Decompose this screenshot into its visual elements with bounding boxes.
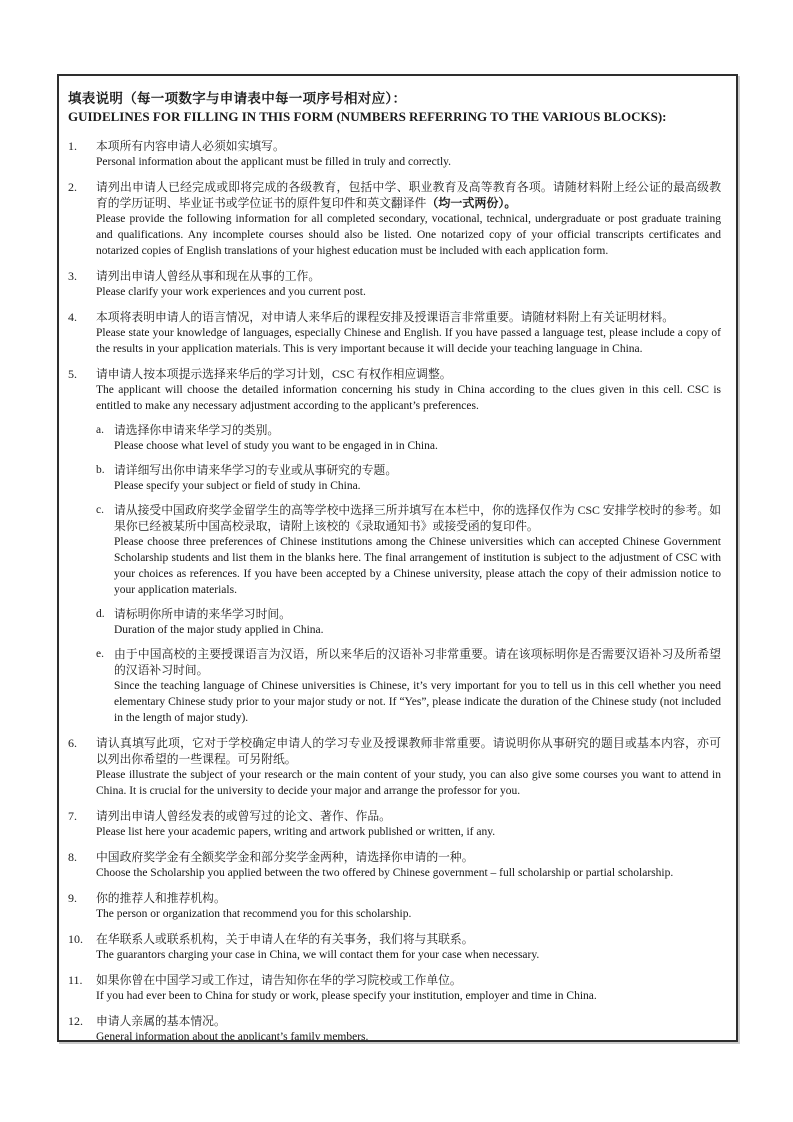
sub-item-text-cn: 请标明你所申请的来华学习时间。 [114, 606, 721, 622]
sub-item-letter: a. [96, 422, 114, 454]
item-text-cn: 中国政府奖学金有全额奖学金和部分奖学金两种，请选择你申请的一种。 [96, 849, 721, 865]
guidelines-document-frame: 填表说明（每一项数字与申请表中每一项序号相对应）： GUIDELINES FOR… [57, 74, 738, 1042]
item-text-en: Personal information about the applicant… [96, 154, 721, 170]
item-number: 2. [68, 179, 96, 259]
item-number: 11. [68, 972, 96, 1004]
item-text-en: Please state your knowledge of languages… [96, 325, 721, 357]
item-text-cn: 请列出申请人已经完成或即将完成的各级教育，包括中学、职业教育及高等教育各项。请随… [96, 179, 721, 211]
sub-item-letter: b. [96, 462, 114, 494]
item-text-en: The person or organization that recommen… [96, 906, 721, 922]
item-text-en: The applicant will choose the detailed i… [96, 382, 721, 414]
guideline-item-11: 11. 如果你曾在中国学习或工作过，请告知你在华的学习院校或工作单位。 If y… [68, 972, 721, 1004]
sub-item-letter: d. [96, 606, 114, 638]
guideline-item-7: 7. 请列出申请人曾经发表的或曾写过的论文、著作、作品。 Please list… [68, 808, 721, 840]
item-text-cn: 本项所有内容申请人必须如实填写。 [96, 138, 721, 154]
sub-item-text-en: Please choose what level of study you wa… [114, 438, 721, 454]
sub-item-text-cn: 请从接受中国政府奖学金留学生的高等学校中选择三所并填写在本栏中，你的选择仅作为 … [114, 502, 721, 534]
sub-item-d: d. 请标明你所申请的来华学习时间。 Duration of the major… [96, 606, 721, 638]
item-number: 6. [68, 735, 96, 799]
item-number: 1. [68, 138, 96, 170]
item-text-cn: 请申请人按本项提示选择来华后的学习计划，CSC 有权作相应调整。 [96, 366, 721, 382]
item-text-cn: 如果你曾在中国学习或工作过，请告知你在华的学习院校或工作单位。 [96, 972, 721, 988]
item-text-en: Choose the Scholarship you applied betwe… [96, 865, 721, 881]
sub-item-a: a. 请选择你申请来华学习的类别。 Please choose what lev… [96, 422, 721, 454]
guideline-item-3: 3. 请列出申请人曾经从事和现在从事的工作。 Please clarify yo… [68, 268, 721, 300]
item-number: 12. [68, 1013, 96, 1042]
sub-item-b: b. 请详细写出你申请来华学习的专业或从事研究的专题。 Please speci… [96, 462, 721, 494]
item-text-en: Please list here your academic papers, w… [96, 824, 721, 840]
sub-item-e: e. 由于中国高校的主要授课语言为汉语，所以来华后的汉语补习非常重要。请在该项标… [96, 646, 721, 726]
item-number: 5. [68, 366, 96, 726]
item-text-en: The guarantors charging your case in Chi… [96, 947, 721, 963]
item-text-en: Please provide the following information… [96, 211, 721, 259]
item-text-cn: 在华联系人或联系机构，关于申请人在华的有关事务，我们将与其联系。 [96, 931, 721, 947]
sub-item-text-en: Please specify your subject or field of … [114, 478, 721, 494]
item-text-cn: 请列出申请人曾经发表的或曾写过的论文、著作、作品。 [96, 808, 721, 824]
guideline-item-12: 12. 申请人亲属的基本情况。 General information abou… [68, 1013, 721, 1042]
guidelines-title-en: GUIDELINES FOR FILLING IN THIS FORM (NUM… [68, 108, 721, 126]
item-text-en: Please clarify your work experiences and… [96, 284, 721, 300]
sub-item-text-cn: 请选择你申请来华学习的类别。 [114, 422, 721, 438]
guideline-item-9: 9. 你的推荐人和推荐机构。 The person or organizatio… [68, 890, 721, 922]
item-number: 3. [68, 268, 96, 300]
sub-item-text-cn: 请详细写出你申请来华学习的专业或从事研究的专题。 [114, 462, 721, 478]
item-text-en: Please illustrate the subject of your re… [96, 767, 721, 799]
sub-item-text-cn: 由于中国高校的主要授课语言为汉语，所以来华后的汉语补习非常重要。请在该项标明你是… [114, 646, 721, 678]
sub-item-letter: c. [96, 502, 114, 598]
item-text-cn: 本项将表明申请人的语言情况，对申请人来华后的课程安排及授课语言非常重要。请随材料… [96, 309, 721, 325]
guideline-item-6: 6. 请认真填写此项，它对于学校确定申请人的学习专业及授课教师非常重要。请说明你… [68, 735, 721, 799]
item-text-cn: 申请人亲属的基本情况。 [96, 1013, 721, 1029]
guideline-item-1: 1. 本项所有内容申请人必须如实填写。 Personal information… [68, 138, 721, 170]
sub-item-c: c. 请从接受中国政府奖学金留学生的高等学校中选择三所并填写在本栏中，你的选择仅… [96, 502, 721, 598]
item-text-cn-bold: （均一式两份）。 [426, 196, 516, 210]
sub-item-letter: e. [96, 646, 114, 726]
item-text-en: If you had ever been to China for study … [96, 988, 721, 1004]
item-text-cn: 请认真填写此项，它对于学校确定申请人的学习专业及授课教师非常重要。请说明你从事研… [96, 735, 721, 767]
guidelines-title-cn: 填表说明（每一项数字与申请表中每一项序号相对应）： [68, 89, 721, 108]
item-text-cn: 请列出申请人曾经从事和现在从事的工作。 [96, 268, 721, 284]
item-number: 8. [68, 849, 96, 881]
sub-item-text-en: Please choose three preferences of Chine… [114, 534, 721, 598]
item-text-en: General information about the applicant’… [96, 1029, 721, 1042]
guideline-item-10: 10. 在华联系人或联系机构，关于申请人在华的有关事务，我们将与其联系。 The… [68, 931, 721, 963]
item-number: 10. [68, 931, 96, 963]
item-number: 7. [68, 808, 96, 840]
guideline-item-4: 4. 本项将表明申请人的语言情况，对申请人来华后的课程安排及授课语言非常重要。请… [68, 309, 721, 357]
sub-item-text-en: Duration of the major study applied in C… [114, 622, 721, 638]
guideline-item-2: 2. 请列出申请人已经完成或即将完成的各级教育，包括中学、职业教育及高等教育各项… [68, 179, 721, 259]
item-number: 4. [68, 309, 96, 357]
sub-item-text-en: Since the teaching language of Chinese u… [114, 678, 721, 726]
item-text-cn: 你的推荐人和推荐机构。 [96, 890, 721, 906]
item-number: 9. [68, 890, 96, 922]
guideline-item-5: 5. 请申请人按本项提示选择来华后的学习计划，CSC 有权作相应调整。 The … [68, 366, 721, 726]
guideline-item-8: 8. 中国政府奖学金有全额奖学金和部分奖学金两种，请选择你申请的一种。 Choo… [68, 849, 721, 881]
